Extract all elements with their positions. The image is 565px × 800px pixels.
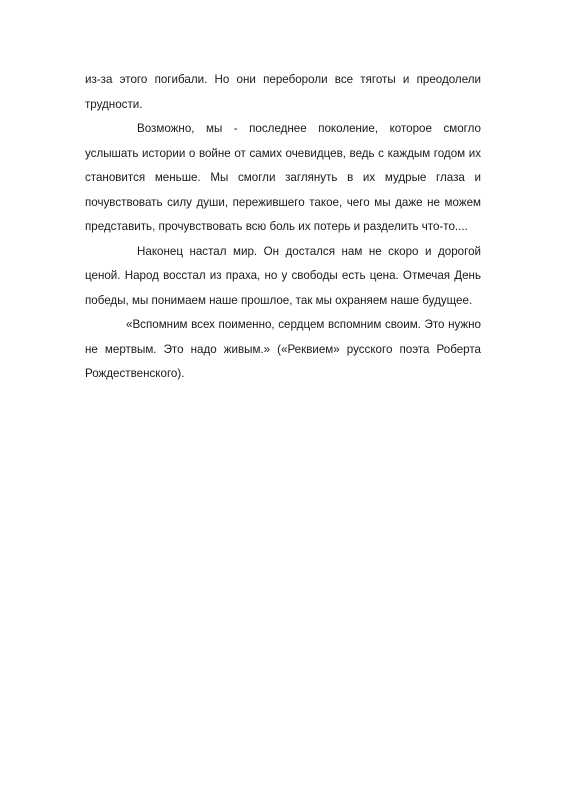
document-page: из-за этого погибали. Но они перебороли … <box>0 0 565 800</box>
paragraph-last-generation: Возможно, мы - последнее поколение, кото… <box>85 117 481 240</box>
document-body: из-за этого погибали. Но они перебороли … <box>85 68 481 387</box>
paragraph-continuation: из-за этого погибали. Но они перебороли … <box>85 68 481 117</box>
paragraph-requiem-quote: «Вспомним всех поименно, сердцем вспомни… <box>85 313 481 387</box>
paragraph-peace: Наконец настал мир. Он достался нам не с… <box>85 240 481 314</box>
